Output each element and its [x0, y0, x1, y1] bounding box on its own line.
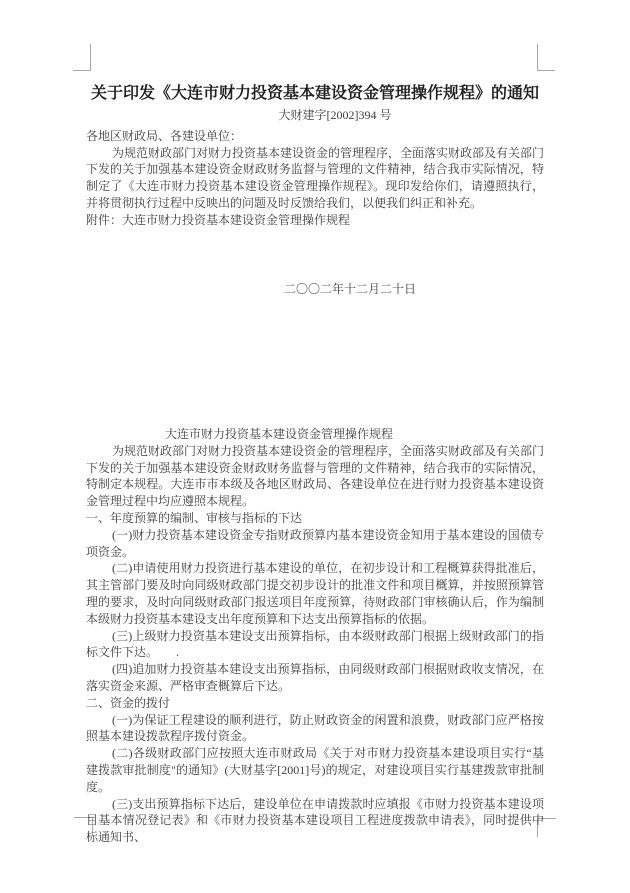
- regulation-title: 大连市财力投资基本建设资金管理操作规程: [86, 426, 544, 443]
- section-2-item-3: (三)支出预算指标下达后，建设单位在申请拨款时应填报《市财力投资基本建设项目基本…: [86, 796, 544, 846]
- notice-body-paragraph: 为规范财政部门对财力投资基本建设资金的管理程序，全面落实财政部及有关部门下发的关…: [86, 145, 544, 212]
- notice-section: 关于印发《大连市财力投资基本建设资金管理操作规程》的通知 大财建字[2002]3…: [86, 83, 544, 309]
- section-2-item-2: (二)各级财政部门应按照大连市财政局《关于对市财力投资基本建设项目实行“基建拨款…: [86, 745, 544, 795]
- section-1-item-2: (二)申请使用财力投资进行基本建设的单位，在初步设计和工程概算获得批准后，其主管…: [86, 560, 544, 627]
- section-1-item-4: (四)追加财力投资基本建设支出预算指标，由同级财政部门根据财政收支情况，在落实资…: [86, 661, 544, 695]
- salutation-line: 各地区财政局、各建设单位：: [86, 128, 544, 145]
- margin-crop-mark-top-left: [73, 44, 91, 71]
- section-1-item-1: (一)财力投资基本建设资金专指财政预算内基本建设资金知用于基本建设的国债专项资金…: [86, 527, 544, 561]
- section-2-heading: 二、资金的拨付: [86, 695, 544, 712]
- notice-title: 关于印发《大连市财力投资基本建设资金管理操作规程》的通知: [86, 83, 544, 104]
- section-1-item-3: (三)上级财力投资基本建设支出预算指标，由本级财政部门根据上级财政部门的指标文件…: [86, 628, 544, 662]
- document-page: 关于印发《大连市财力投资基本建设资金管理操作规程》的通知 大财建字[2002]3…: [0, 0, 630, 893]
- issue-date: 二〇〇二年十二月二十日: [121, 281, 579, 298]
- section-2-item-1: (一)为保证工程建设的顺利进行，防止财政资金的闲置和浪费，财政部门应严格按照基本…: [86, 712, 544, 746]
- margin-crop-mark-top-right: [537, 44, 555, 71]
- attachment-line: 附件：大连市财力投资基本建设资金管理操作规程: [86, 212, 544, 229]
- regulation-intro-paragraph: 为规范财政部门对财力投资基本建设资金的管理程序，全面落实财政部及有关部门下发的关…: [86, 443, 544, 510]
- doc-number: 大财建字[2002]394 号: [106, 107, 564, 124]
- section-1-heading: 一、年度预算的编制、审核与指标的下达: [86, 510, 544, 527]
- regulation-section: 大连市财力投资基本建设资金管理操作规程 为规范财政部门对财力投资基本建设资金的管…: [86, 426, 544, 846]
